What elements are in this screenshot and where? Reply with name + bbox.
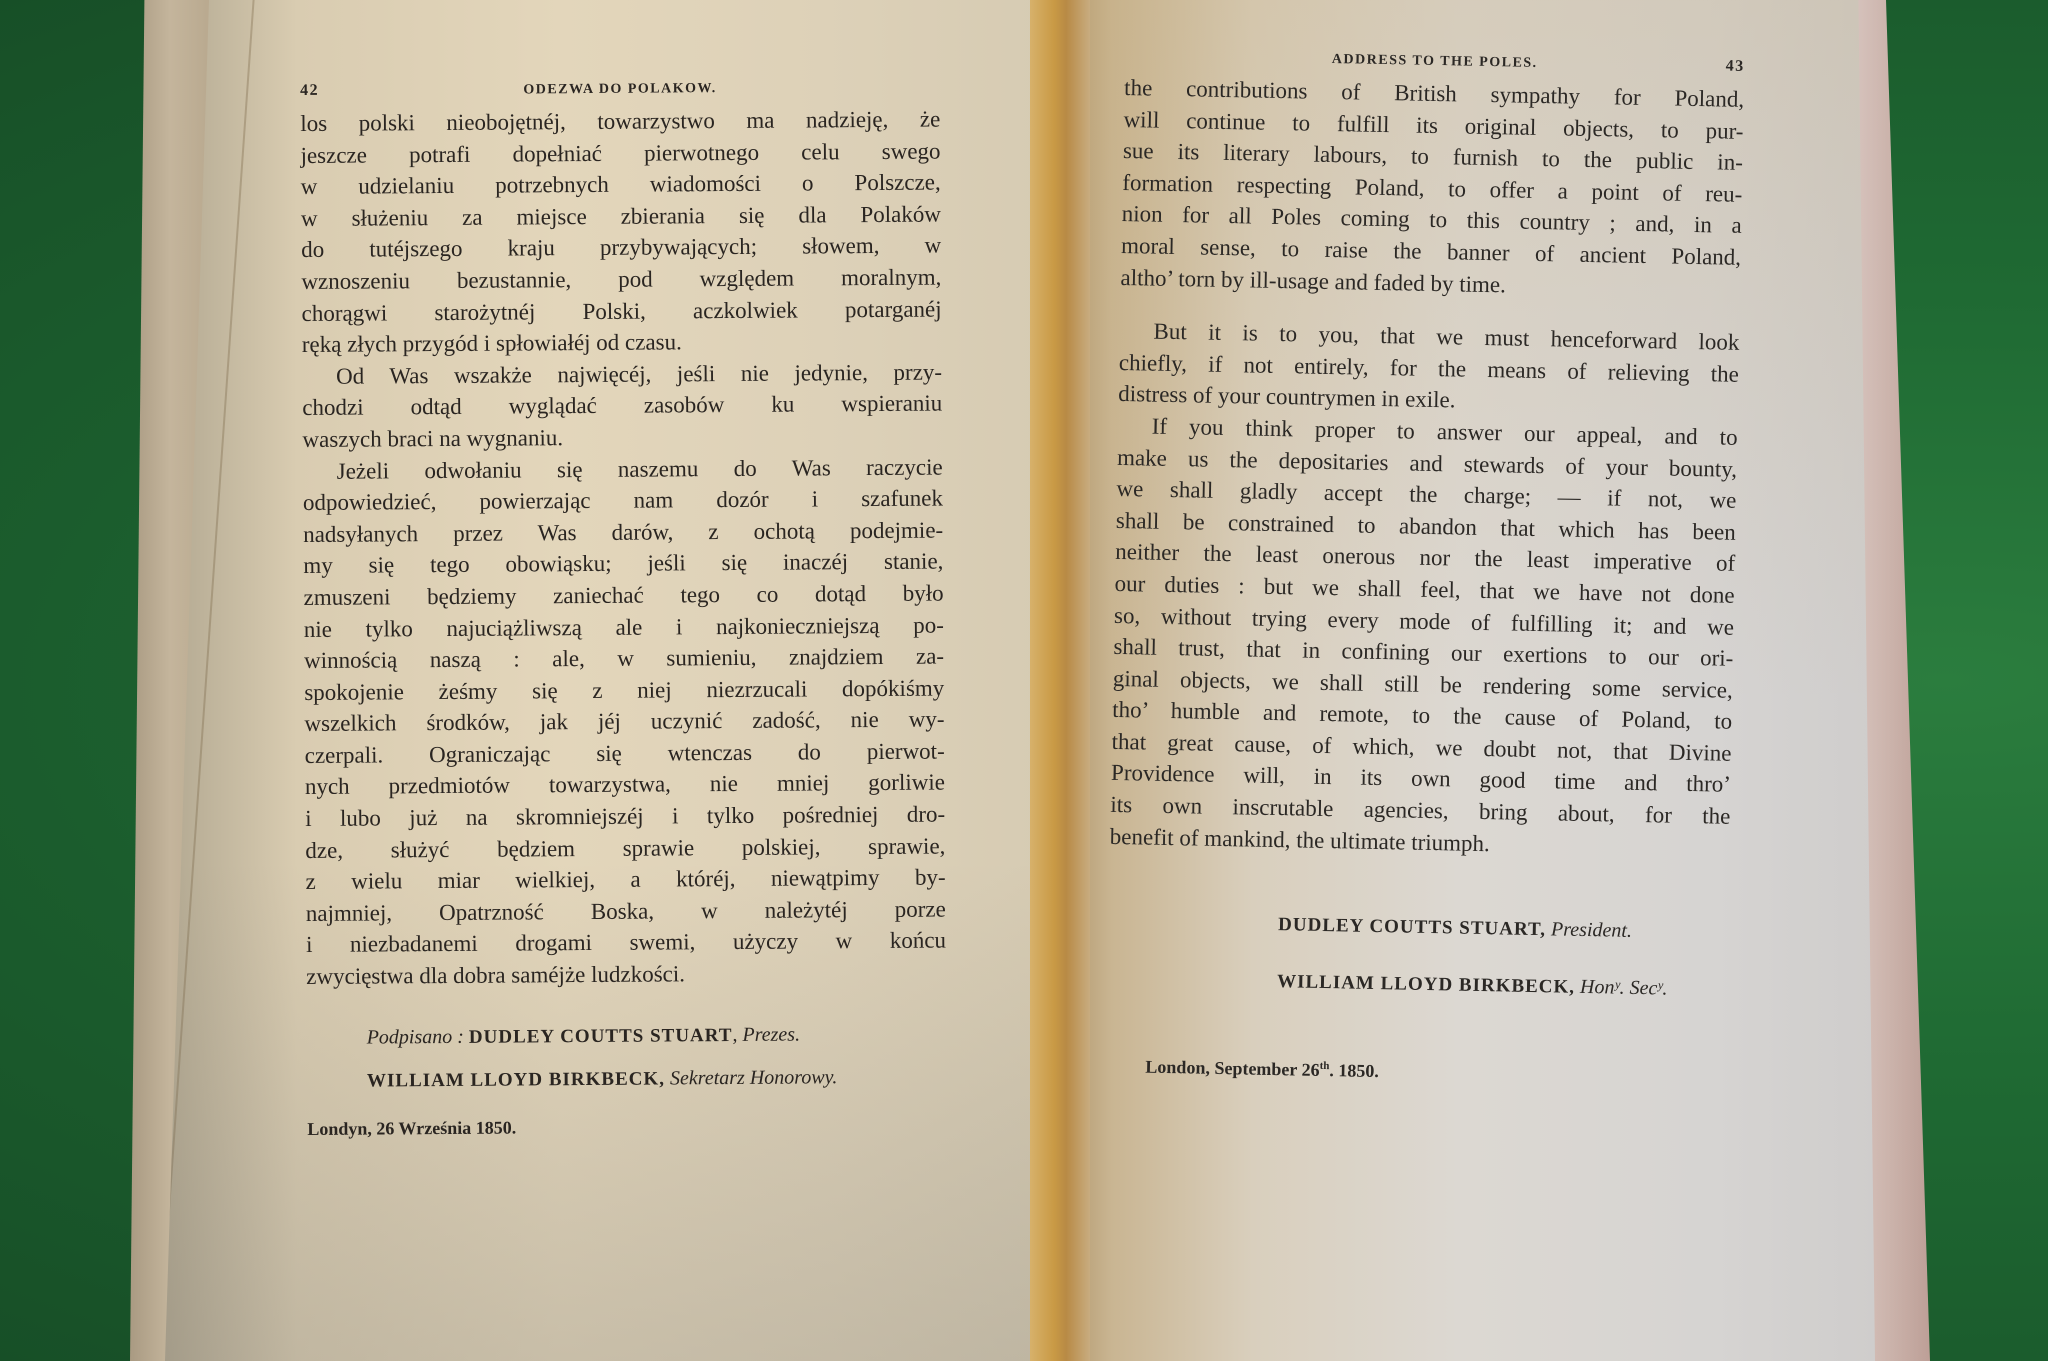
text-line: Od Was wszakże najwięcéj, jeśli nie jedy… — [302, 356, 942, 392]
text-line: spokojenie żeśmy się z niej niezrzucali … — [304, 672, 944, 708]
text-line: i lubo już na skromniejszéj i tylko pośr… — [305, 799, 945, 835]
date-text: London, September 26 — [1145, 1057, 1320, 1080]
text-line: dze, służyć będziem sprawie polskiej, sp… — [305, 830, 945, 866]
text-line: do tutéjszego kraju przybywających; słow… — [301, 230, 941, 266]
signed-label: Podpisano : — [367, 1026, 464, 1049]
signer-title: Sekretarz Honorowy. — [670, 1066, 838, 1089]
signer-name: WILLIAM LLOYD BIRKBECK, — [1277, 971, 1575, 998]
text-line: w udzielaniu potrzebnych wiadomości o Po… — [301, 167, 941, 203]
running-head-title-left: ODEZWA DO POLAKOW. — [319, 80, 921, 100]
signature-line-secretary: WILLIAM LLOYD BIRKBECK, Honʸ. Secʸ. — [1107, 957, 1728, 1012]
page-number-left: 42 — [300, 82, 319, 100]
right-page-text: 00 ADDRESS TO THE POLES. 43 the contribu… — [1105, 46, 1745, 1089]
date-line-left: Londyn, 26 Września 1850. — [307, 1114, 947, 1139]
text-line: odpowiedzieć, powierzając nam dozór i sz… — [303, 483, 943, 519]
paragraph: Jeżeli odwołaniu się naszemu do Was racz… — [303, 451, 947, 993]
signature-line-president: DUDLEY COUTTS STUART, President. — [1108, 900, 1729, 955]
text-line: los polski nieobojętnéj, towarzystwo ma … — [300, 104, 940, 140]
paragraph: If you think proper to answer our appeal… — [1110, 410, 1738, 864]
text-line: w służeniu za miejsce zbierania się dla … — [301, 198, 941, 234]
text-line: wszelkich środków, jak jéj uczynić zadoś… — [304, 704, 944, 740]
paragraph: But it is to you, that we must henceforw… — [1118, 315, 1740, 422]
text-line: i niezbadanemi drogami swemi, użyczy w k… — [306, 925, 946, 961]
date-ordinal-suffix: th — [1320, 1060, 1330, 1072]
book-gutter — [1030, 0, 1090, 1361]
text-line: my się tego obowiąsku; jeśli się inaczéj… — [303, 546, 943, 582]
signer-name: DUDLEY COUTTS STUART — [469, 1025, 733, 1048]
text-line: winnością naszą : ale, w sumieniu, znajd… — [304, 641, 944, 677]
date-year: . 1850. — [1329, 1060, 1379, 1081]
text-line: zwycięstwa dla dobra saméjże ludzkości. — [306, 957, 946, 993]
text-line: najmniej, Opatrzność Boska, w należytéj … — [306, 893, 946, 929]
text-line: Jeżeli odwołaniu się naszemu do Was racz… — [303, 451, 943, 487]
text-line: czerpali. Ograniczając się wtenczas do p… — [305, 735, 945, 771]
signature-line-secretary: WILLIAM LLOYD BIRKBECK, Sekretarz Honoro… — [307, 1055, 947, 1102]
text-line: zmuszeni będziemy zaniechać tego co dotą… — [303, 577, 943, 613]
signer-name: DUDLEY COUTTS STUART, — [1278, 914, 1546, 940]
signer-title: President. — [1551, 919, 1632, 943]
text-line: nadsyłanych przez Was darów, z ochotą po… — [303, 514, 943, 550]
signature-line-president: Podpisano : DUDLEY COUTTS STUART, Prezes… — [307, 1012, 947, 1059]
text-line: nie tylko najuciążliwszą ale i najkoniec… — [304, 609, 944, 645]
text-line: chodzi odtąd wyglądać zasobów ku wspiera… — [302, 388, 942, 424]
text-line: chorągwi starożytnéj Polski, aczkolwiek … — [302, 293, 942, 329]
text-line: ręką złych przygód i spłowiałéj od czasu… — [302, 325, 942, 361]
signer-name: WILLIAM LLOYD BIRKBECK, — [367, 1068, 665, 1091]
signature-block-left: Podpisano : DUDLEY COUTTS STUART, Prezes… — [307, 1012, 948, 1139]
text-line: wznoszeniu bezustannie, pod względem mor… — [301, 261, 941, 297]
left-page-text: 42 ODEZWA DO POLAKOW. 00 los polski nieo… — [300, 78, 947, 1140]
text-line: jeszcze potrafi dopełniać pierwotnego ce… — [300, 135, 940, 171]
left-running-head: 42 ODEZWA DO POLAKOW. 00 — [300, 78, 940, 100]
paragraph: Od Was wszakże najwięcéj, jeśli nie jedy… — [302, 356, 943, 455]
signer-title: Honʸ. Secʸ. — [1580, 976, 1668, 1000]
paragraph: the contributions of British sympathy fo… — [1120, 72, 1744, 305]
signer-title: Prezes. — [742, 1023, 800, 1045]
text-line: waszych braci na wygnaniu. — [302, 419, 942, 455]
text-line: nych przedmiotów towarzystwa, nie mniej … — [305, 767, 945, 803]
paragraph: los polski nieobojętnéj, towarzystwo ma … — [300, 104, 942, 361]
page-number-right: 43 — [1726, 58, 1745, 76]
text-line: z wielu miar wielkiej, a któréj, niewątp… — [305, 862, 945, 898]
signature-block-right: DUDLEY COUTTS STUART, President. WILLIAM… — [1105, 900, 1728, 1089]
